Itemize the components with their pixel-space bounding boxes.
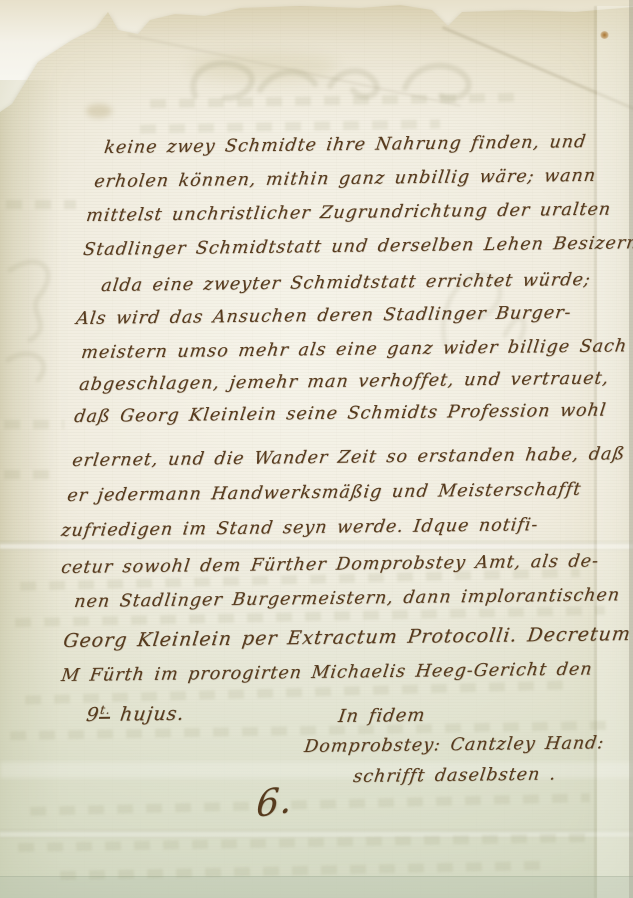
chancery-signature-line-1: Domprobstey: Cantzley Hand: (303, 733, 606, 757)
date-superscript: t. (99, 702, 112, 718)
date-line: 9t. hujus. (85, 703, 186, 726)
manuscript-scan: keine zwey Schmidte ihre Nahrung finden,… (0, 0, 633, 898)
show-through-line (6, 200, 76, 209)
date-word: hujus. (119, 703, 186, 726)
show-through-line (4, 420, 64, 429)
page-number-mark: 6. (255, 779, 294, 826)
show-through-flourish-left (0, 240, 80, 400)
chancery-signature-line-2: schrifft daselbsten . (352, 764, 558, 787)
attestation-in-fidem: In fidem (337, 705, 427, 727)
show-through-line (4, 470, 59, 479)
